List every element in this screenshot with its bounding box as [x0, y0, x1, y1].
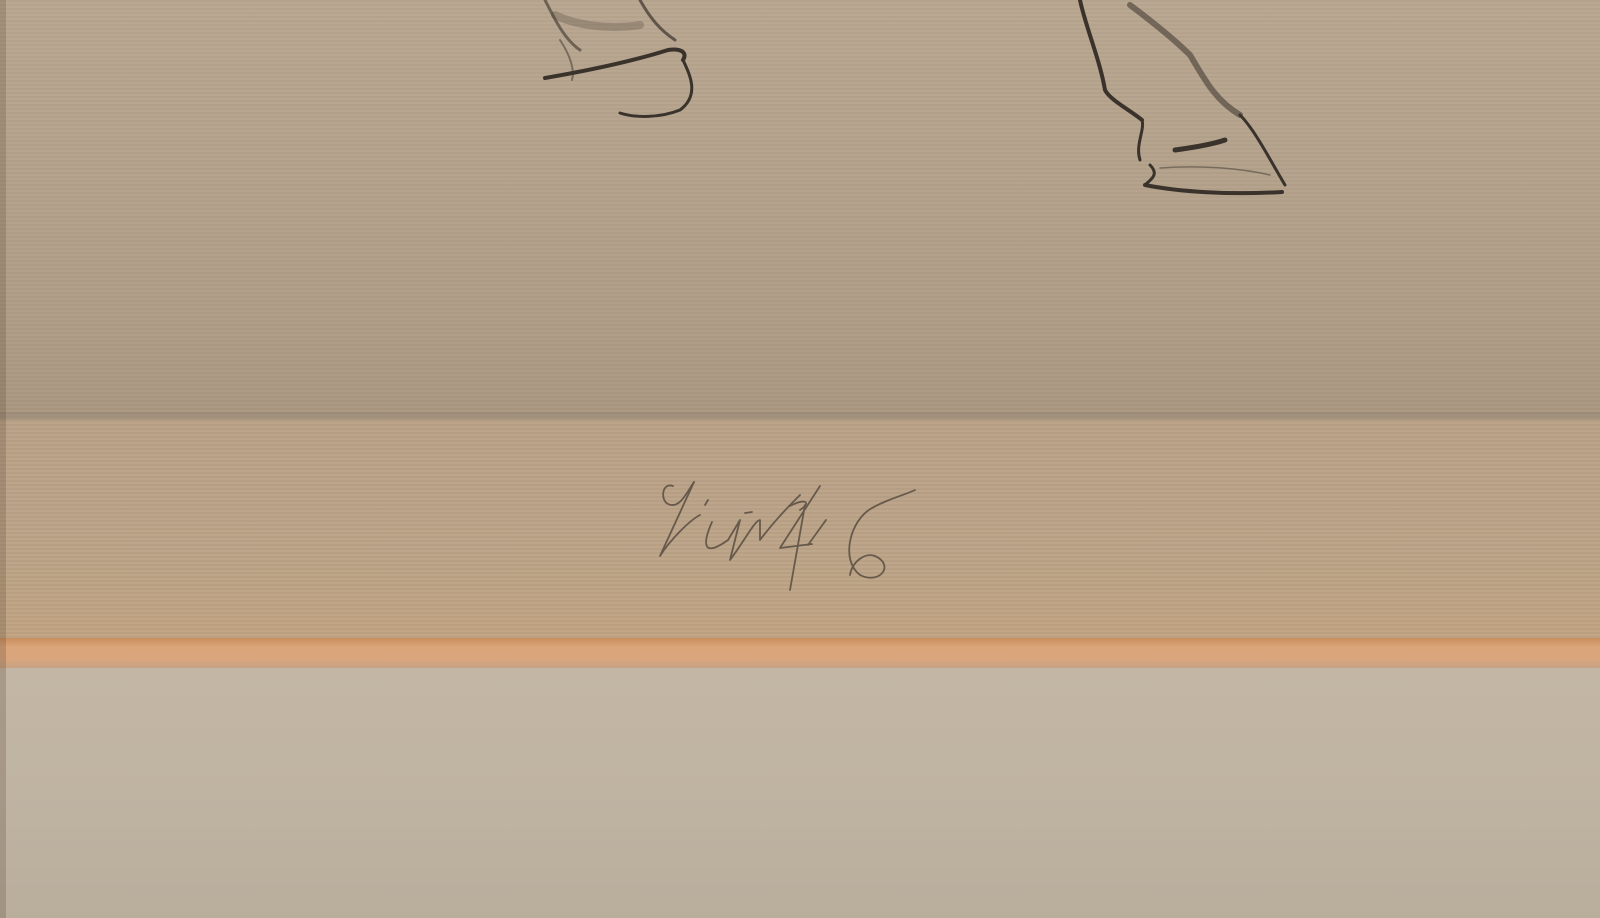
left-hoof-sketch	[545, 0, 692, 116]
right-hoof-sketch	[1080, 0, 1285, 193]
pencil-signature	[660, 482, 915, 590]
horse-hooves-drawing	[0, 0, 1600, 918]
